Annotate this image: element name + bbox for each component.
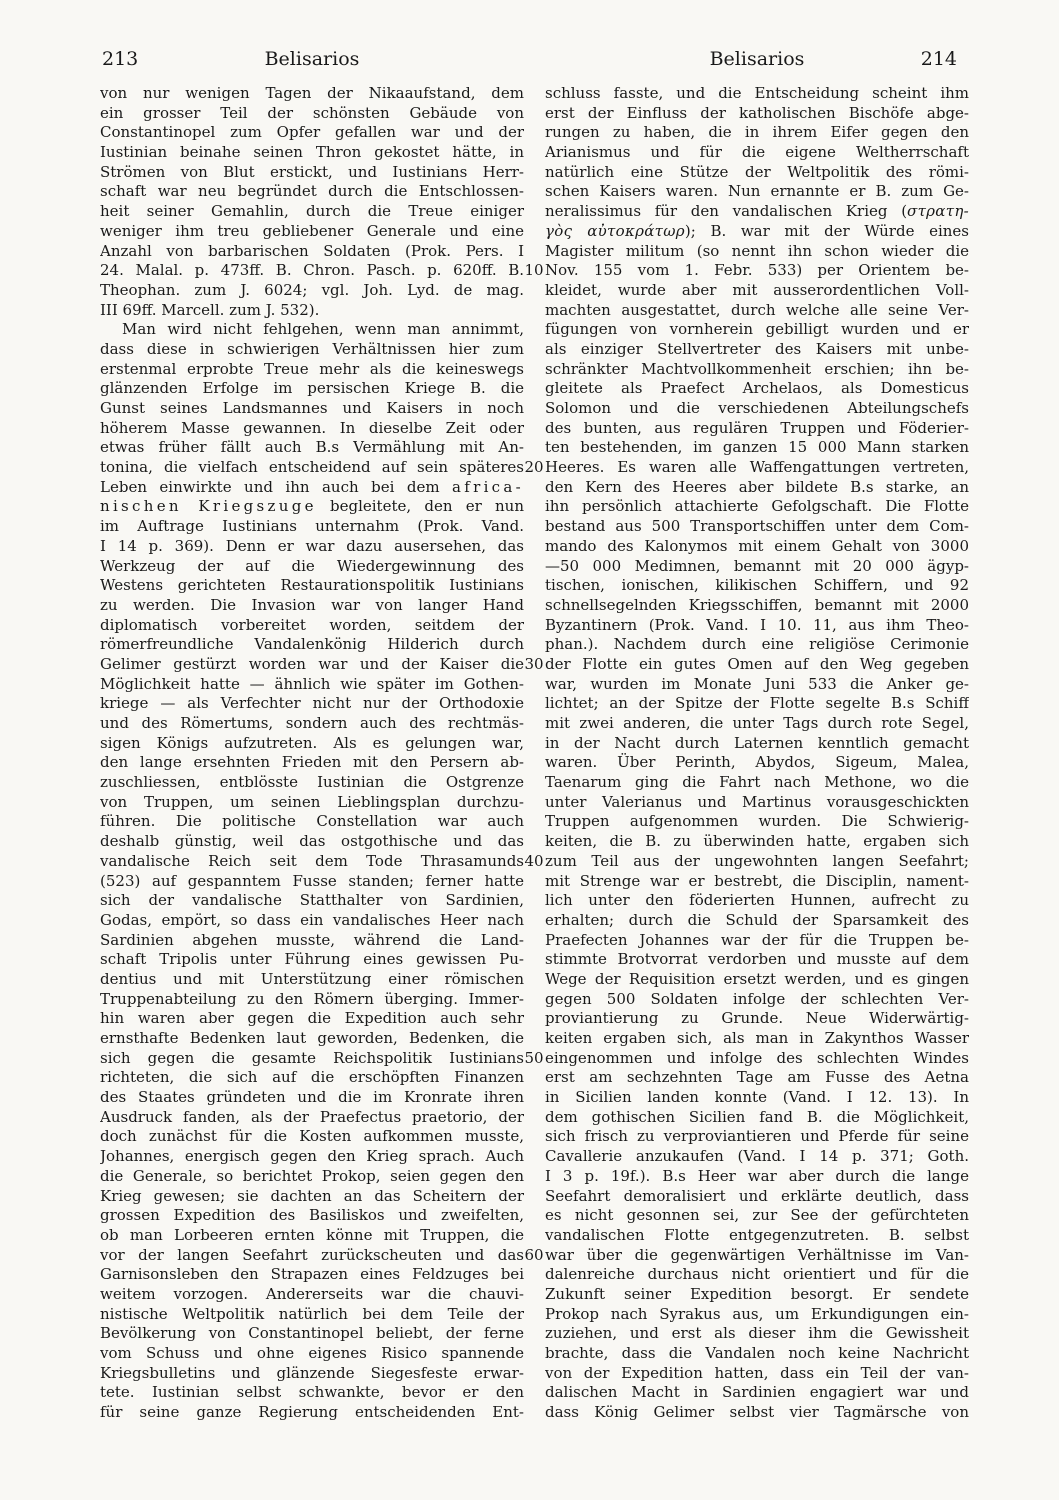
text-line: brachte, dass die Vandalen noch keine Na…	[545, 1344, 969, 1364]
text-line: dalischen Macht in Sardinien engagiert w…	[545, 1383, 969, 1403]
text-line: diplomatisch vorbereitet worden, seitdem…	[100, 616, 524, 636]
text-line: für seine ganze Regierung entscheidenden…	[100, 1403, 524, 1423]
gutter-line-numbers: 102030405060	[521, 84, 547, 1429]
text-line: keiten, die B. zu überwinden hatte, erga…	[545, 832, 969, 852]
text-line: ob man Lorbeeren ernten könne mit Truppe…	[100, 1226, 524, 1246]
text-line: im Auftrage Iustinians unternahm (Prok. …	[100, 517, 524, 537]
text-line: nischen Kriegszuge begleitete, den er nu…	[100, 497, 524, 517]
text-line: die Generale, so berichtet Prokop, seien…	[100, 1167, 524, 1187]
scanned-page: 213 Belisarios Belisarios 214 von nur we…	[0, 0, 1059, 1500]
text-line: Sardinien abgehen musste, während die La…	[100, 931, 524, 951]
text-line: waren. Über Perinth, Abydos, Sigeum, Mal…	[545, 753, 969, 773]
text-line: Arianismus und für die eigene Weltherrsc…	[545, 143, 969, 163]
text-line: Seefahrt demoralisiert und erklärte deut…	[545, 1187, 969, 1207]
text-line: des Staates gründeten und die im Kronrat…	[100, 1088, 524, 1108]
text-line: war über die gegenwärtigen Verhältnisse …	[545, 1246, 969, 1266]
text-line: Iustinian beinahe seinen Thron gekostet …	[100, 143, 524, 163]
text-line: ihn persönlich attachierte Gefolgschaft.…	[545, 497, 969, 517]
text-line: Nov. 155 vom 1. Febr. 533) per Orientem …	[545, 261, 969, 281]
text-line: Truppenabteilung zu den Römern überging.…	[100, 990, 524, 1010]
text-line: römerfreundliche Vandalenkönig Hilderich…	[100, 635, 524, 655]
text-line: eingenommen und infolge des schlechten W…	[545, 1049, 969, 1069]
text-line: nistische Weltpolitik natürlich bei dem …	[100, 1305, 524, 1325]
text-line: mit Strenge war er bestrebt, die Discipl…	[545, 872, 969, 892]
text-line: dalenreiche durchaus nicht orientiert un…	[545, 1265, 969, 1285]
text-line: Möglichkeit hatte — ähnlich wie später i…	[100, 675, 524, 695]
text-line: zum Teil aus der ungewohnten langen Seef…	[545, 852, 969, 872]
text-line: weitem vorzogen. Andererseits war die ch…	[100, 1285, 524, 1305]
text-line: in der Nacht durch Laternen kenntlich ge…	[545, 734, 969, 754]
text-line: 24. Malal. p. 473ff. B. Chron. Pasch. p.…	[100, 261, 524, 281]
text-line: fügungen von vornherein gebilligt wurden…	[545, 320, 969, 340]
text-line: schaft Tripolis unter Führung eines gewi…	[100, 950, 524, 970]
text-line: als einziger Stellvertreter des Kaisers …	[545, 340, 969, 360]
text-line: von Truppen, um seinen Lieblingsplan dur…	[100, 793, 524, 813]
left-running-title: Belisarios	[100, 48, 524, 70]
text-line: es nicht gesonnen sei, zur See der gefür…	[545, 1206, 969, 1226]
text-line: sich der vandalische Statthalter von Sar…	[100, 891, 524, 911]
text-line: richteten, die sich auf die erschöpften …	[100, 1068, 524, 1088]
text-line: erst am sechzehnten Tage am Fusse des Ae…	[545, 1068, 969, 1088]
text-line: schaft war neu begründet durch die Entsc…	[100, 182, 524, 202]
text-line: grossen Expedition des Basiliskos und zw…	[100, 1206, 524, 1226]
text-line: Gelimer gestürzt worden war und der Kais…	[100, 655, 524, 675]
text-line: Garnisonsleben den Strapazen eines Feldz…	[100, 1265, 524, 1285]
text-line: schnellsegelnden Kriegsschiffen, bemannt…	[545, 596, 969, 616]
text-line: Magister militum (so nennt ihn schon wie…	[545, 242, 969, 262]
text-line: kriege — als Verfechter nicht nur der Or…	[100, 694, 524, 714]
text-line: erst der Einfluss der katholischen Bisch…	[545, 104, 969, 124]
text-line: den lange ersehnten Frieden mit den Pers…	[100, 753, 524, 773]
text-line: Man wird nicht fehlgehen, wenn man annim…	[100, 320, 524, 340]
text-line: und des Römertums, sondern auch des rech…	[100, 714, 524, 734]
gutter-line-number: 20	[521, 458, 547, 478]
text-line: zuschliessen, entblösste Iustinian die O…	[100, 773, 524, 793]
text-line: Johannes, energisch gegen den Krieg spra…	[100, 1147, 524, 1167]
text-line: dass diese in schwierigen Verhältnissen …	[100, 340, 524, 360]
text-line: Cavallerie anzukaufen (Vand. I 14 p. 371…	[545, 1147, 969, 1167]
text-line: dentius und mit Unterstützung einer römi…	[100, 970, 524, 990]
text-line: Constantinopel zum Opfer gefallen war un…	[100, 123, 524, 143]
text-line: weniger ihm treu gebliebener Generale un…	[100, 222, 524, 242]
left-column: von nur wenigen Tagen der Nikaaufstand, …	[100, 84, 524, 1423]
text-line: war, wurden im Monate Juni 533 die Anker…	[545, 675, 969, 695]
text-line: unter Valerianus und Martinus vorausgesc…	[545, 793, 969, 813]
text-line: Heeres. Es waren alle Waffengattungen ve…	[545, 458, 969, 478]
text-line: Solomon und die verschiedenen Abteilungs…	[545, 399, 969, 419]
text-line: des bunten, aus regulären Truppen und Fö…	[545, 419, 969, 439]
text-line: glänzenden Erfolge im persischen Kriege …	[100, 379, 524, 399]
gutter-line-number: 60	[521, 1246, 547, 1266]
text-line: erhalten; durch die Schuld der Sparsamke…	[545, 911, 969, 931]
right-column: schluss fasste, und die Entscheidung sch…	[545, 84, 969, 1423]
running-header: 213 Belisarios Belisarios 214	[0, 48, 1059, 78]
text-line: dass König Gelimer selbst vier Tagmärsch…	[545, 1403, 969, 1423]
text-line: führen. Die politische Constellation war…	[100, 812, 524, 832]
text-line: phan.). Nachdem durch eine religiöse Cer…	[545, 635, 969, 655]
text-line: Gunst seines Landsmannes und Kaisers in …	[100, 399, 524, 419]
text-line: Theophan. zum J. 6024; vgl. Joh. Lyd. de…	[100, 281, 524, 301]
text-line: hin waren aber gegen die Expedition auch…	[100, 1009, 524, 1029]
text-line: Westens gerichteten Restaurationspolitik…	[100, 576, 524, 596]
text-line: von der Expedition hatten, dass ein Teil…	[545, 1364, 969, 1384]
text-line: I 14 p. 369). Denn er war dazu ausersehe…	[100, 537, 524, 557]
text-line: ernsthafte Bedenken laut geworden, Beden…	[100, 1029, 524, 1049]
text-line: bestand aus 500 Transportschiffen unter …	[545, 517, 969, 537]
text-line: —50 000 Medimnen, bemannt mit 20 000 ägy…	[545, 557, 969, 577]
text-line: gegen 500 Soldaten infolge der schlechte…	[545, 990, 969, 1010]
text-line: ten bestehenden, im ganzen 15 000 Mann s…	[545, 438, 969, 458]
gutter-line-number: 50	[521, 1049, 547, 1069]
text-line: machten ausgestattet, durch welche alle …	[545, 301, 969, 321]
text-line: tete. Iustinian selbst schwankte, bevor …	[100, 1383, 524, 1403]
text-line: lichtet; an der Spitze der Flotte segelt…	[545, 694, 969, 714]
text-line: ein grosser Teil der schönsten Gebäude v…	[100, 104, 524, 124]
gutter-line-number: 30	[521, 655, 547, 675]
gutter-line-number: 40	[521, 852, 547, 872]
text-line: natürlich eine Stütze der Weltpolitik de…	[545, 163, 969, 183]
text-line: vandalischen Flotte entgegenzutreten. B.…	[545, 1226, 969, 1246]
text-line: Anzahl von barbarischen Soldaten (Prok. …	[100, 242, 524, 262]
text-line: schen Kaisers waren. Nun ernannte er B. …	[545, 182, 969, 202]
text-line: sich gegen die gesamte Reichspolitik Ius…	[100, 1049, 524, 1069]
text-line: schränkter Machtvollkommenheit erschien;…	[545, 360, 969, 380]
text-line: sich frisch zu verproviantieren und Pfer…	[545, 1127, 969, 1147]
text-line: sigen Königs aufzutreten. Als es gelunge…	[100, 734, 524, 754]
text-line: Praefecten Johannes war der für die Trup…	[545, 931, 969, 951]
text-line: rungen zu haben, die in ihrem Eifer gege…	[545, 123, 969, 143]
text-line: proviantierung zu Grunde. Neue Widerwärt…	[545, 1009, 969, 1029]
text-line: von nur wenigen Tagen der Nikaaufstand, …	[100, 84, 524, 104]
text-line: heit seiner Gemahlin, durch die Treue ei…	[100, 202, 524, 222]
text-line: Prokop nach Syrakus aus, um Erkundigunge…	[545, 1305, 969, 1325]
text-line: stimmte Brotvorrat verdorben und musste …	[545, 950, 969, 970]
text-line: keiten ergaben sich, als man in Zakyntho…	[545, 1029, 969, 1049]
text-line: vor der langen Seefahrt zurückscheuten u…	[100, 1246, 524, 1266]
text-line: Godas, empört, so dass ein vandalisches …	[100, 911, 524, 931]
text-line: Ausdruck fanden, als der Praefectus prae…	[100, 1108, 524, 1128]
right-page-number: 214	[545, 48, 957, 70]
text-line: den Kern des Heeres aber bildete B.s sta…	[545, 478, 969, 498]
text-line: Krieg gewesen; sie dachten an das Scheit…	[100, 1187, 524, 1207]
text-line: γὸς αὐτοκράτωρ); B. war mit der Würde ei…	[545, 222, 969, 242]
text-line: vandalische Reich seit dem Tode Thrasamu…	[100, 852, 524, 872]
text-line: mando des Kalonymos mit einem Gehalt von…	[545, 537, 969, 557]
text-line: tischen, ionischen, kilikischen Schiffer…	[545, 576, 969, 596]
text-line: neralissimus für den vandalischen Krieg …	[545, 202, 969, 222]
text-line: III 69ff. Marcell. zum J. 532).	[100, 301, 524, 321]
text-line: Strömen von Blut erstickt, und Iustinian…	[100, 163, 524, 183]
text-line: Zukunft seiner Expedition besorgt. Er se…	[545, 1285, 969, 1305]
text-line: (523) auf gespanntem Fusse standen; fern…	[100, 872, 524, 892]
text-line: Wege der Requisition ersetzt werden, und…	[545, 970, 969, 990]
text-line: Werkzeug der auf die Wiedergewinnung des	[100, 557, 524, 577]
text-line: etwas früher fällt auch B.s Vermählung m…	[100, 438, 524, 458]
text-line: zu werden. Die Invasion war von langer H…	[100, 596, 524, 616]
text-line: gleitete als Praefect Archelaos, als Dom…	[545, 379, 969, 399]
gutter-line-number: 10	[521, 261, 547, 281]
text-line: Kriegsbulletins und glänzende Siegesfest…	[100, 1364, 524, 1384]
text-line: in Sicilien landen konnte (Vand. I 12. 1…	[545, 1088, 969, 1108]
text-line: Bevölkerung von Constantinopel beliebt, …	[100, 1324, 524, 1344]
text-line: Taenarum ging die Fahrt nach Methone, wo…	[545, 773, 969, 793]
text-line: Leben einwirkte und ihn auch bei dem afr…	[100, 478, 524, 498]
text-line: doch zunächst für die Kosten aufkommen m…	[100, 1127, 524, 1147]
text-line: Byzantinern (Prok. Vand. I 10. 11, aus i…	[545, 616, 969, 636]
text-line: dem gothischen Sicilien fand B. die Mögl…	[545, 1108, 969, 1128]
text-line: lich unter den föderierten Hunnen, aufre…	[545, 891, 969, 911]
text-line: I 3 p. 19f.). B.s Heer war aber durch di…	[545, 1167, 969, 1187]
text-line: kleidet, wurde aber mit ausserordentlich…	[545, 281, 969, 301]
text-line: zuziehen, und erst als dieser ihm die Ge…	[545, 1324, 969, 1344]
text-line: deshalb günstig, weil das ostgothische u…	[100, 832, 524, 852]
text-line: Truppen aufgenommen wurden. Die Schwieri…	[545, 812, 969, 832]
text-line: höherem Masse gewannen. In dieselbe Zeit…	[100, 419, 524, 439]
text-line: der Flotte ein gutes Omen auf den Weg ge…	[545, 655, 969, 675]
text-line: erstenmal erprobte Treue mehr als die ke…	[100, 360, 524, 380]
text-line: schluss fasste, und die Entscheidung sch…	[545, 84, 969, 104]
text-line: tonina, die vielfach entscheidend auf se…	[100, 458, 524, 478]
text-line: vom Schuss und ohne eigenes Risico spann…	[100, 1344, 524, 1364]
text-line: mit zwei anderen, die unter Tags durch r…	[545, 714, 969, 734]
